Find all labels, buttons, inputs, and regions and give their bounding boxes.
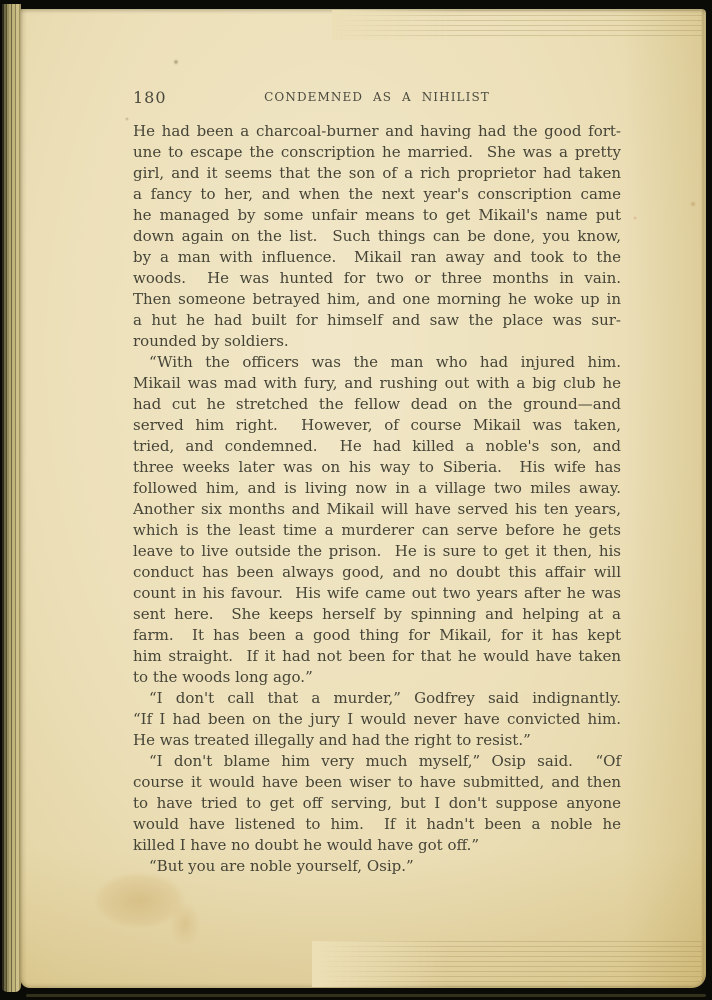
text-line: by a man with influence. Mikail ran away…: [133, 247, 621, 268]
text-line: killed I have no doubt he would have got…: [133, 835, 621, 856]
text-line: he managed by some unfair means to get M…: [133, 205, 621, 226]
text-line: “I don't blame him very much myself,” Os…: [133, 751, 621, 772]
text-line: three weeks later was on his way to Sibe…: [133, 457, 621, 478]
text-line: would have listened to him. If it hadn't…: [133, 814, 621, 835]
text-line: Another six months and Mikail will have …: [133, 499, 621, 520]
text-line: served him right. However, of course Mik…: [133, 415, 621, 436]
text-line: girl, and it seems that the son of a ric…: [133, 163, 621, 184]
book-page: 180 CONDEMNED AS A NIHILIST He had been …: [20, 9, 706, 988]
book-page-edges-left: [0, 4, 21, 992]
page-text: He had been a charcoal-burner and having…: [133, 121, 621, 877]
text-line: which is the least time a murderer can s…: [133, 520, 621, 541]
running-head: CONDEMNED AS A NIHILIST: [133, 88, 621, 104]
text-line: He had been a charcoal-burner and having…: [133, 121, 621, 142]
paragraph: “But you are noble yourself, Osip.”: [133, 856, 621, 877]
paragraph: “With the officers was the man who had i…: [133, 352, 621, 688]
text-line: Then someone betrayed him, and one morni…: [133, 289, 621, 310]
text-line: conduct has been always good, and no dou…: [133, 562, 621, 583]
text-line: rounded by soldiers.: [133, 331, 621, 352]
text-line: farm. It has been a good thing for Mikai…: [133, 625, 621, 646]
text-line: to have tried to get off serving, but I …: [133, 793, 621, 814]
page-number: 180: [133, 88, 167, 107]
text-line: followed him, and is living now in a vil…: [133, 478, 621, 499]
text-line: a hut he had built for himself and saw t…: [133, 310, 621, 331]
text-line: him straight. If it had not been for tha…: [133, 646, 621, 667]
text-line: “With the officers was the man who had i…: [133, 352, 621, 373]
page-header: 180 CONDEMNED AS A NIHILIST: [133, 88, 621, 106]
book-cover-edge: [26, 994, 706, 997]
text-line: tried, and condemned. He had killed a no…: [133, 436, 621, 457]
paragraph: “I don't blame him very much myself,” Os…: [133, 751, 621, 856]
book-scan: 180 CONDEMNED AS A NIHILIST He had been …: [0, 0, 712, 1000]
text-line: sent here. She keeps herself by spinning…: [133, 604, 621, 625]
text-line: course it would have been wiser to have …: [133, 772, 621, 793]
text-line: He was treated illegally and had the rig…: [133, 730, 621, 751]
text-line: count in his favour. His wife came out t…: [133, 583, 621, 604]
text-line: woods. He was hunted for two or three mo…: [133, 268, 621, 289]
page-edge-striations-top: [332, 10, 702, 40]
text-line: a fancy to her, and when the next year's…: [133, 184, 621, 205]
paragraph: He had been a charcoal-burner and having…: [133, 121, 621, 352]
paragraph: “I don't call that a murder,” Godfrey sa…: [133, 688, 621, 751]
text-line: Mikail was mad with fury, and rushing ou…: [133, 373, 621, 394]
text-line: to the woods long ago.”: [133, 667, 621, 688]
text-line: “But you are noble yourself, Osip.”: [133, 856, 621, 877]
page-edge-striations-bottom: [312, 941, 702, 987]
text-line: “If I had been on the jury I would never…: [133, 709, 621, 730]
text-line: “I don't call that a murder,” Godfrey sa…: [133, 688, 621, 709]
text-line: une to escape the conscription he marrie…: [133, 142, 621, 163]
text-line: down again on the list. Such things can …: [133, 226, 621, 247]
text-line: leave to live outside the prison. He is …: [133, 541, 621, 562]
text-line: had cut he stretched the fellow dead on …: [133, 394, 621, 415]
